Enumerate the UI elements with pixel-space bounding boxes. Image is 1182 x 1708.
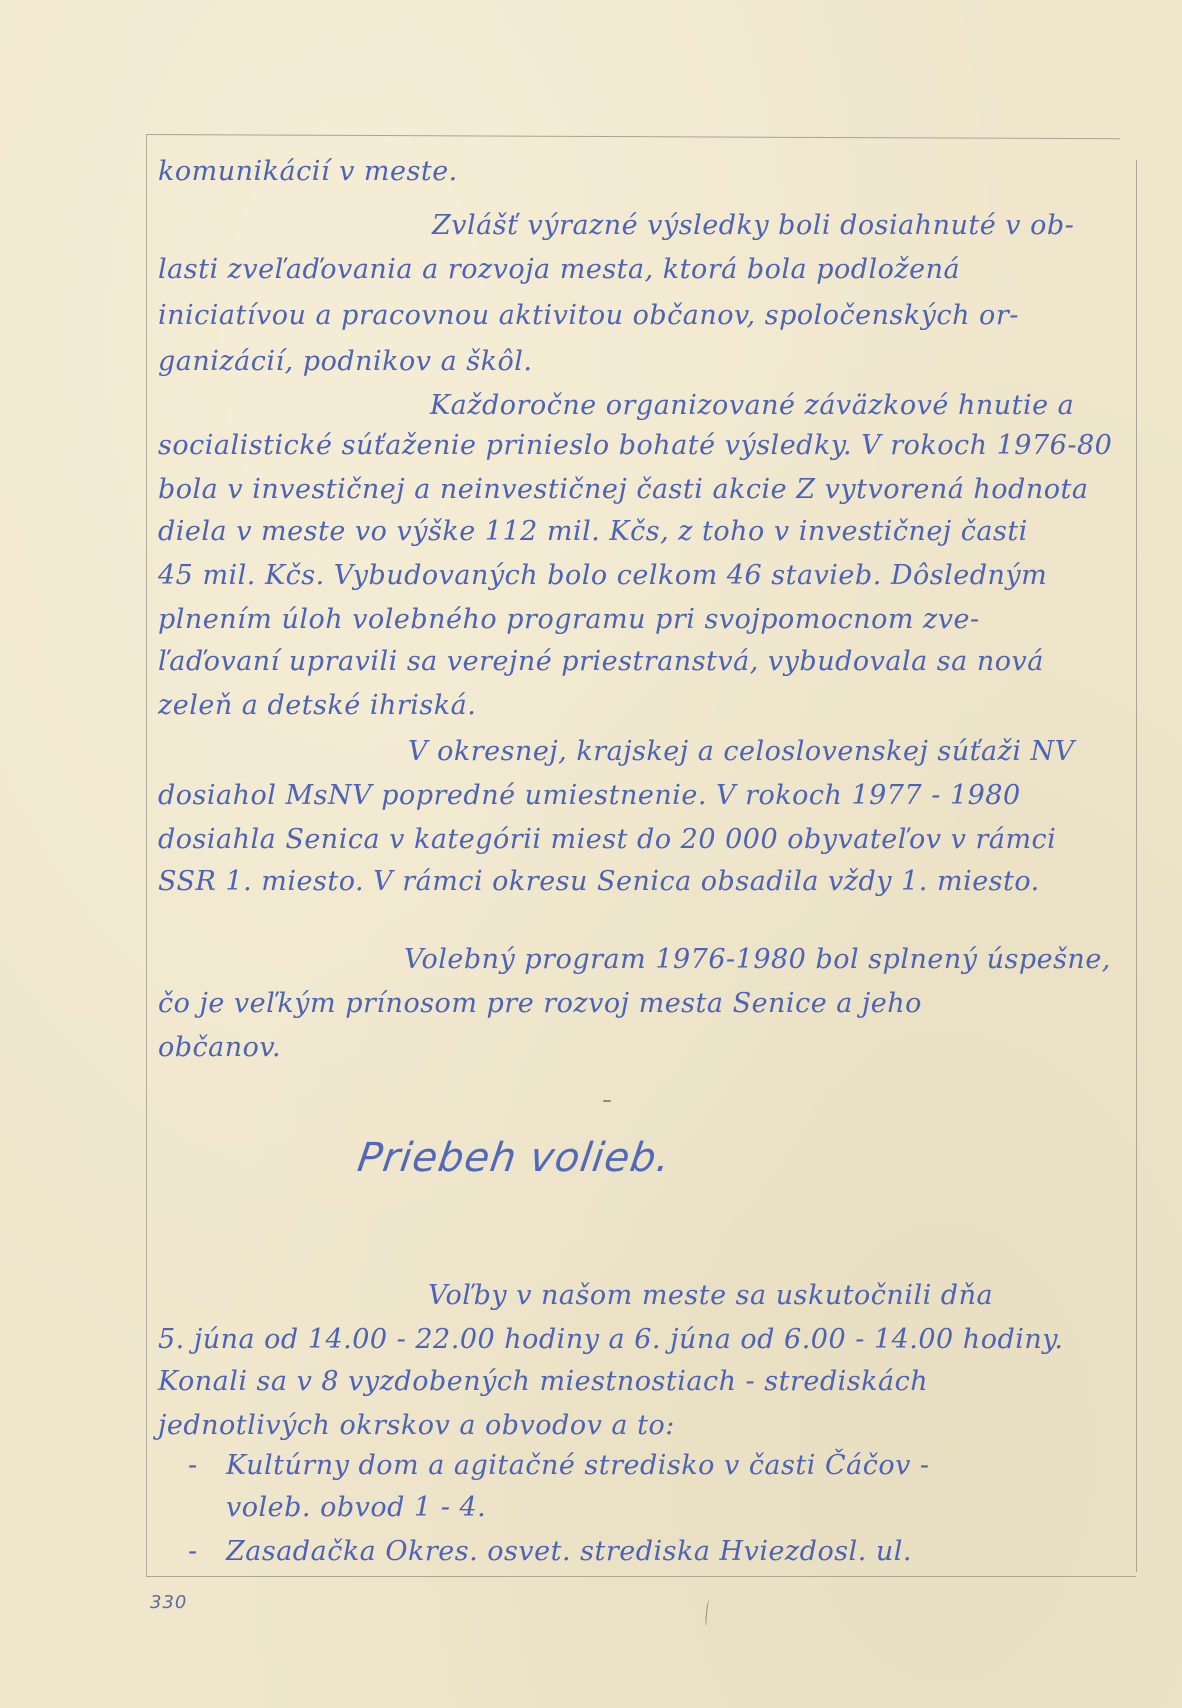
text-line: ganizácií, podnikov a škôl. bbox=[158, 348, 532, 375]
text-line: Každoročne organizované záväzkové hnutie… bbox=[430, 392, 1074, 419]
text-line: iniciatívou a pracovnou aktivitou občano… bbox=[158, 302, 1019, 329]
text-line: diela v meste vo výške 112 mil. Kčs, z t… bbox=[158, 518, 1028, 545]
text-line: socialistické súťaženie prinieslo bohaté… bbox=[158, 432, 1112, 459]
text-line: Konali sa v 8 vyzdobených miestnostiach … bbox=[158, 1368, 928, 1395]
text-line: V okresnej, krajskej a celoslovenskej sú… bbox=[408, 738, 1075, 765]
text-line: Zasadačka Okres. osvet. strediska Hviezd… bbox=[226, 1538, 912, 1565]
section-heading: Priebeh volieb. bbox=[355, 1138, 673, 1178]
text-line: dosiahla Senica v kategórii miest do 20 … bbox=[158, 826, 1056, 853]
text-line: bola v investičnej a neinvestičnej časti… bbox=[158, 476, 1088, 503]
text-line: Kultúrny dom a agitačné stredisko v čast… bbox=[226, 1452, 930, 1479]
text-line: dosiahol MsNV popredné umiestnenie. V ro… bbox=[158, 782, 1021, 809]
text-line: lasti zveľaďovania a rozvoja mesta, ktor… bbox=[158, 256, 960, 283]
frame-line-left bbox=[146, 134, 147, 1576]
text-line: ľaďovaní upravili sa verejné priestranst… bbox=[158, 648, 1044, 675]
frame-line-right bbox=[1136, 160, 1137, 1572]
text-line: jednotlivých okrskov a obvodov a to: bbox=[158, 1412, 675, 1439]
text-line: voleb. obvod 1 - 4. bbox=[226, 1494, 486, 1521]
text-line: Volebný program 1976-1980 bol splnený ús… bbox=[404, 946, 1111, 973]
text-line: čo je veľkým prínosom pre rozvoj mesta S… bbox=[158, 990, 922, 1017]
text-line: 45 mil. Kčs. Vybudovaných bolo celkom 46… bbox=[158, 562, 1047, 589]
text-line: Zvlášť výrazné výsledky boli dosiahnuté … bbox=[432, 212, 1074, 239]
list-bullet: - bbox=[188, 1452, 198, 1479]
text-line: občanov. bbox=[158, 1034, 281, 1061]
text-line: komunikácií v meste. bbox=[158, 158, 458, 185]
ink-dash-mark bbox=[603, 1100, 611, 1102]
text-line: 5. júna od 14.00 - 22.00 hodiny a 6. jún… bbox=[158, 1326, 1064, 1353]
text-line: Voľby v našom meste sa uskutočnili dňa bbox=[428, 1282, 993, 1309]
list-bullet: - bbox=[188, 1538, 198, 1565]
text-line: zeleň a detské ihriská. bbox=[158, 692, 476, 719]
page-number: 330 bbox=[150, 1592, 187, 1613]
text-line: plnením úloh volebného programu pri svoj… bbox=[158, 606, 980, 633]
text-line: SSR 1. miesto. V rámci okresu Senica obs… bbox=[158, 868, 1040, 895]
frame-line-bottom bbox=[146, 1576, 1136, 1577]
